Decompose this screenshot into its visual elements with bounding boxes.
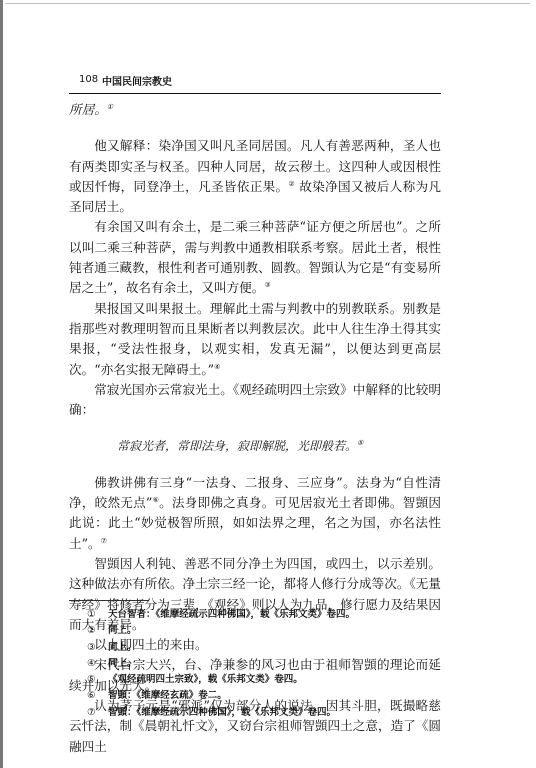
book-title: 中国民间宗教史 [102,73,172,88]
footnote-mark: ① [87,607,108,623]
footnote: ⑤《观经疏明四土宗致》，载《乐邦文类》卷四。 [87,672,447,688]
paragraph-gap [69,120,441,136]
footnote: ⑦智顗：《维摩经疏示四种佛国》，载《乐邦文类》卷四。 [87,705,447,721]
footnote-text: 同上。 [108,640,137,656]
block-quote: 常寂光者，常即法身，寂即解脱，光即般若。⑤ [69,436,441,456]
footnote: ④同上。 [87,656,447,672]
footnote-mark: ⑤ [87,672,108,688]
footnote: ③同上。 [87,640,447,656]
footnote-text: 《观经疏明四土宗致》，载《乐邦文类》卷四。 [108,672,303,688]
footnote-mark: ⑥ [87,688,108,704]
footnote-text: 智顗：《维摩经疏示四种佛国》，载《乐邦文类》卷四。 [108,705,336,721]
scan-top-artifact [5,3,530,4]
paragraph: 所居。① [69,100,441,120]
footnote-ref: ⑤ [357,439,363,447]
paragraph-gap [69,420,441,436]
paragraph-text: 常寂光者，常即法身，寂即解脱，光即般若。 [117,439,357,453]
paragraph-gap [69,457,441,473]
footnote-ref: ③ [264,281,270,289]
footnote-ref: ⑦ [101,537,107,545]
paragraph: 有余国又叫有余土，是二乘三种菩萨“证方便之所居也”。之所以叫二乘三种菩萨，需与判… [69,217,441,298]
paragraph: 果报国又叫果报土。理解此土需与判教中的别教联系。别教是指那些对教理明智而且果断者… [69,299,441,380]
footnote-ref: ④ [214,363,220,371]
footnote-text: 同上。 [108,656,137,672]
scan-left-edge [0,0,3,768]
paragraph: 他又解释：染净国又叫凡圣同居国。凡人有善恶两种，圣人也有两类即实圣与权圣。四种人… [69,136,441,217]
paragraph: 常寂光国亦云常寂光土。《观经疏明四土宗致》中解释的比较明确： [69,380,441,421]
paragraph: 佛教讲佛有三身“一法身、二报身、三应身”。法身为“自性清净，皎然无点”⑥。法身即… [69,473,441,554]
page-number: 108 [79,74,98,85]
footnote: ⑥智顗：《维摩经玄疏》卷二。 [87,688,447,704]
footnote-text: 同上。 [108,623,137,639]
footnote: ②同上。 [87,623,447,639]
paragraph-text: 所居。 [69,102,107,117]
footnote-rule [69,600,149,601]
header-rule [69,93,441,94]
paragraph-text: 常寂光国亦云常寂光土。《观经疏明四土宗致》中解释的比较明确： [69,382,441,417]
paragraph-text: 有余国又叫有余土，是二乘三种菩萨“证方便之所居也”。之所以叫二乘三种菩萨，需与判… [69,219,441,295]
footnote-mark: ④ [87,656,108,672]
footnote-text: 智顗：《维摩经玄疏》卷二。 [108,688,227,704]
paragraph-text: 果报国又叫果报土。理解此土需与判教中的别教联系。别教是指那些对教理明智而且果断者… [69,301,441,377]
footnote: ①天台智者：《维摩经疏示四种佛国》，载《乐邦文类》卷四。 [87,607,447,623]
footnote-mark: ② [87,623,108,639]
footnotes: ①天台智者：《维摩经疏示四种佛国》，载《乐邦文类》卷四。②同上。③同上。④同上。… [87,607,447,721]
running-header: 108 中国民间宗教史 [69,74,441,94]
footnote-text: 天台智者：《维摩经疏示四种佛国》，载《乐邦文类》卷四。 [108,607,355,623]
footnote-ref: ① [107,103,113,111]
footnote-mark: ③ [87,640,108,656]
footnote-mark: ⑦ [87,705,108,721]
